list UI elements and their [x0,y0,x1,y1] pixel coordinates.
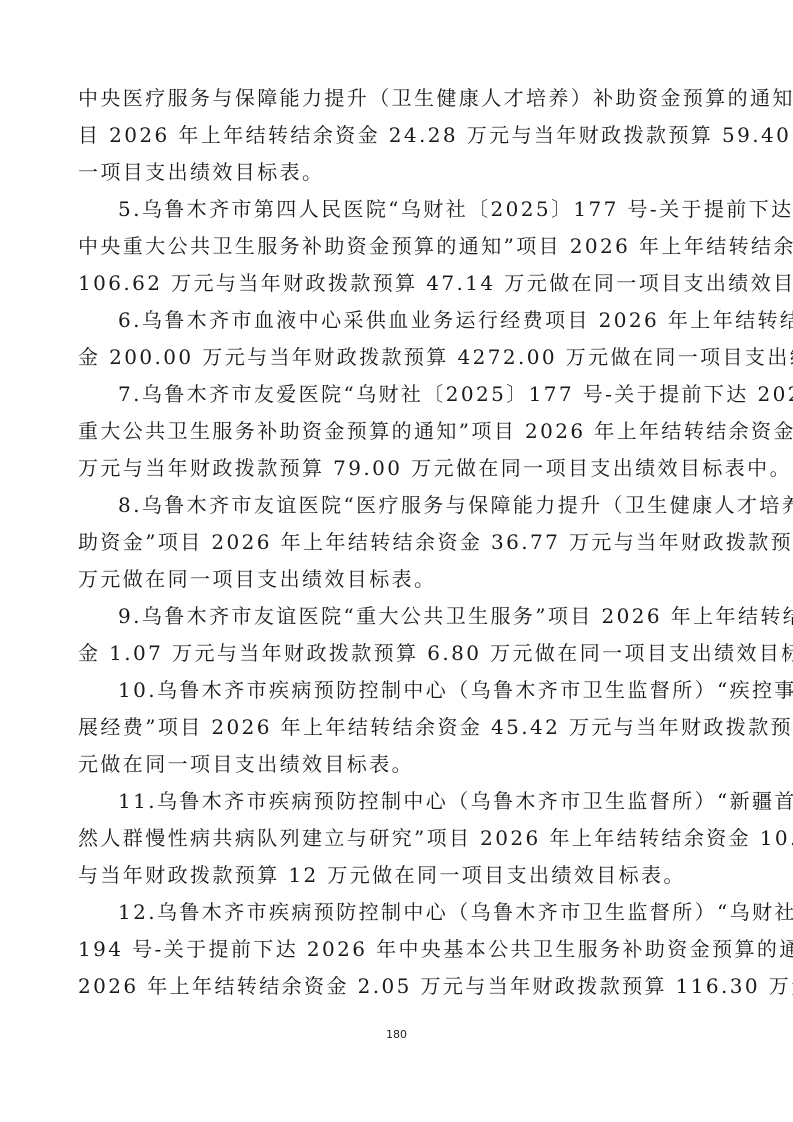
text-line: 助资金”项目 2026 年上年结转结余资金 36.77 万元与当年财政拨款预算 … [78,524,718,561]
text-line: 5.乌鲁木齐市第四人民医院“乌财社〔2025〕177 号-关于提前下达 2026… [78,191,718,228]
paragraph-item-5: 5.乌鲁木齐市第四人民医院“乌财社〔2025〕177 号-关于提前下达 2026… [78,191,718,302]
text-line: 6.乌鲁木齐市血液中心采供血业务运行经费项目 2026 年上年结转结余资 [78,302,718,339]
text-line: 一项目支出绩效目标表。 [78,154,718,191]
text-line: 目 2026 年上年结转结余资金 24.28 万元与当年财政拨款预算 59.40… [78,117,718,154]
text-line: 11.乌鲁木齐市疾病预防控制中心（乌鲁木齐市卫生监督所）“新疆首府自 [78,783,718,820]
text-line: 与当年财政拨款预算 12 万元做在同一项目支出绩效目标表。 [78,857,718,894]
paragraph-item-10: 10.乌鲁木齐市疾病预防控制中心（乌鲁木齐市卫生监督所）“疾控事业发 展经费”项… [78,672,718,783]
page-number: 180 [0,1028,793,1041]
text-line: 金 200.00 万元与当年财政拨款预算 4272.00 万元做在同一项目支出绩… [78,339,718,376]
text-line: 10.乌鲁木齐市疾病预防控制中心（乌鲁木齐市卫生监督所）“疾控事业发 [78,672,718,709]
text-line: 然人群慢性病共病队列建立与研究”项目 2026 年上年结转结余资金 10.06 … [78,820,718,857]
paragraph-item-6: 6.乌鲁木齐市血液中心采供血业务运行经费项目 2026 年上年结转结余资 金 2… [78,302,718,376]
text-line: 194 号-关于提前下达 2026 年中央基本公共卫生服务补助资金预算的通知”项… [78,931,718,968]
document-page: 中央医疗服务与保障能力提升（卫生健康人才培养）补助资金预算的通知”项 目 202… [78,80,718,1005]
paragraph-item-4-continued: 中央医疗服务与保障能力提升（卫生健康人才培养）补助资金预算的通知”项 目 202… [78,80,718,191]
text-line: 展经费”项目 2026 年上年结转结余资金 45.42 万元与当年财政拨款预算 … [78,709,718,746]
text-line: 12.乌鲁木齐市疾病预防控制中心（乌鲁木齐市卫生监督所）“乌财社〔2025〕 [78,894,718,931]
text-line: 中央重大公共卫生服务补助资金预算的通知”项目 2026 年上年结转结余资金 [78,228,718,265]
text-line: 金 1.07 万元与当年财政拨款预算 6.80 万元做在同一项目支出绩效目标表。 [78,635,718,672]
paragraph-item-9: 9.乌鲁木齐市友谊医院“重大公共卫生服务”项目 2026 年上年结转结余资 金 … [78,598,718,672]
paragraph-item-7: 7.乌鲁木齐市友爱医院“乌财社〔2025〕177 号-关于提前下达 2026 年… [78,376,718,487]
text-line: 2026 年上年结转结余资金 2.05 万元与当年财政拨款预算 116.30 万… [78,968,718,1005]
text-line: 元做在同一项目支出绩效目标表。 [78,746,718,783]
text-line: 106.62 万元与当年财政拨款预算 47.14 万元做在同一项目支出绩效目标表… [78,265,718,302]
text-line: 重大公共卫生服务补助资金预算的通知”项目 2026 年上年结转结余资金 5.92 [78,413,718,450]
paragraph-item-11: 11.乌鲁木齐市疾病预防控制中心（乌鲁木齐市卫生监督所）“新疆首府自 然人群慢性… [78,783,718,894]
text-line: 中央医疗服务与保障能力提升（卫生健康人才培养）补助资金预算的通知”项 [78,80,718,117]
text-line: 7.乌鲁木齐市友爱医院“乌财社〔2025〕177 号-关于提前下达 2026 年… [78,376,718,413]
text-line: 万元与当年财政拨款预算 79.00 万元做在同一项目支出绩效目标表中。 [78,450,718,487]
paragraph-item-12: 12.乌鲁木齐市疾病预防控制中心（乌鲁木齐市卫生监督所）“乌财社〔2025〕 1… [78,894,718,1005]
text-line: 9.乌鲁木齐市友谊医院“重大公共卫生服务”项目 2026 年上年结转结余资 [78,598,718,635]
text-line: 万元做在同一项目支出绩效目标表。 [78,561,718,598]
paragraph-item-8: 8.乌鲁木齐市友谊医院“医疗服务与保障能力提升（卫生健康人才培养）补 助资金”项… [78,487,718,598]
text-line: 8.乌鲁木齐市友谊医院“医疗服务与保障能力提升（卫生健康人才培养）补 [78,487,718,524]
